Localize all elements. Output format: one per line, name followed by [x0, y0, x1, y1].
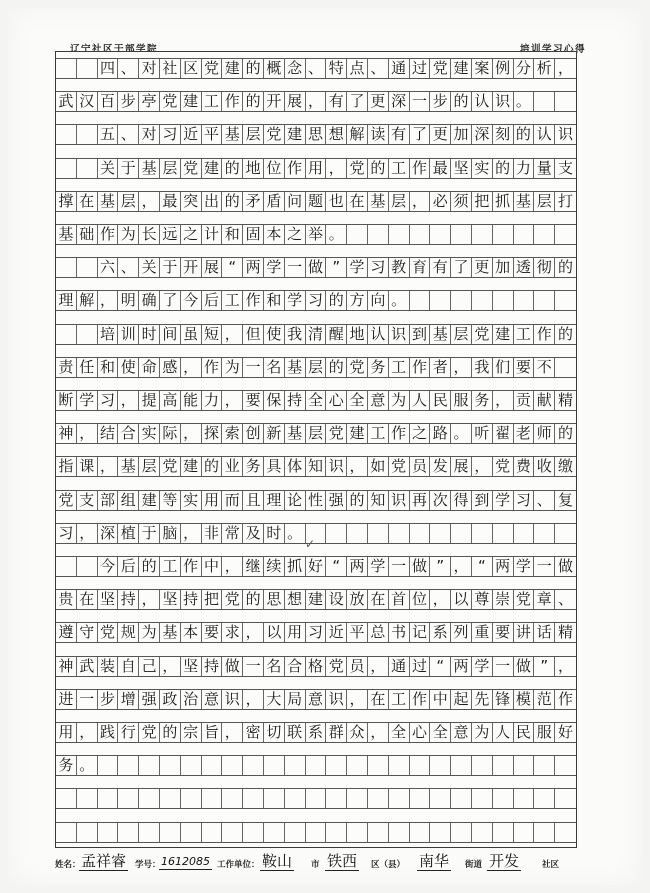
grid-cell: 过	[410, 657, 431, 676]
grid-row: 神武装自己，坚持做一名合格党员，通过“两学一做”，	[56, 656, 576, 677]
grid-cell: 服	[534, 723, 555, 742]
grid-cell	[410, 225, 431, 244]
grid-cell: 念	[285, 59, 306, 78]
grid-cell: 和	[222, 225, 243, 244]
grid-cell: 习	[368, 258, 389, 277]
grid-cell: 之	[410, 424, 431, 443]
grid-cell: 名	[264, 657, 285, 676]
grid-cell: “	[430, 657, 451, 676]
grid-cell: 践	[98, 723, 119, 742]
grid-cell: 务	[56, 756, 77, 775]
grid-cell	[534, 225, 555, 244]
grid-cell	[493, 789, 514, 808]
grid-cell: 基	[118, 457, 139, 476]
grid-cell	[264, 823, 285, 842]
grid-cell: 员	[410, 457, 431, 476]
grid-cell: 建	[202, 159, 223, 178]
grid-cell	[430, 524, 451, 543]
grid-cell: 醒	[326, 325, 347, 344]
grid-cell	[410, 756, 431, 775]
grid-cell: 用	[285, 623, 306, 642]
grid-cell: 和	[264, 291, 285, 310]
grid-cell: 命	[139, 358, 160, 377]
grid-cell	[56, 125, 77, 144]
grid-cell: 平	[202, 125, 223, 144]
grid-cell: 对	[139, 125, 160, 144]
grid-cell: 党	[56, 491, 77, 510]
grid-cell: 党	[389, 457, 410, 476]
grid-cell: 识	[222, 690, 243, 709]
grid-row: 贵在坚持，坚持把党的思想建设放在首位，以尊崇党章、	[56, 589, 576, 610]
grid-cell: 用	[56, 723, 77, 742]
grid-cell: 解	[77, 291, 98, 310]
grid-cell: 最	[430, 159, 451, 178]
grid-cell: 锋	[493, 690, 514, 709]
grid-row: 进一步增强政治意识，大局意识，在工作中起先锋模范作	[56, 689, 576, 710]
grid-cell: 宗	[181, 723, 202, 742]
grid-cell: 六	[98, 258, 119, 277]
grid-cell: 。	[326, 225, 347, 244]
student-id-label: 学号：	[135, 858, 161, 870]
grid-cell	[181, 789, 202, 808]
grid-cell: 合	[118, 424, 139, 443]
grid-cell: 党	[514, 590, 535, 609]
grid-cell: 意	[451, 723, 472, 742]
grid-cell	[264, 756, 285, 775]
grid-cell: 今	[98, 557, 119, 576]
grid-cell: 本	[181, 623, 202, 642]
grid-cell	[534, 92, 555, 111]
grid-cell	[534, 789, 555, 808]
grid-cell: 、	[534, 491, 555, 510]
district-label: 区（县）	[371, 858, 405, 870]
grid-cell: 党	[98, 623, 119, 642]
grid-cell: 精	[555, 623, 576, 642]
grid-cell: 今	[181, 291, 202, 310]
grid-cell: 植	[118, 524, 139, 543]
grid-cell: 于	[118, 159, 139, 178]
grid-cell: 到	[410, 325, 431, 344]
grid-cell: 展	[202, 258, 223, 277]
grid-cell: 、	[118, 59, 139, 78]
grid-cell	[56, 59, 77, 78]
grid-cell: 教	[389, 258, 410, 277]
grid-cell: 脑	[160, 524, 181, 543]
grid-cell: 清	[306, 325, 327, 344]
grid-cell: 举	[306, 225, 327, 244]
grid-cell: 深	[389, 92, 410, 111]
city-value: 鞍山	[260, 852, 294, 871]
grid-cell: 基	[368, 192, 389, 211]
grid-cell	[472, 789, 493, 808]
grid-cell: 。	[77, 756, 98, 775]
grid-row: 习，深植于脑，非常及时。	[56, 523, 576, 544]
grid-cell: 、	[555, 590, 576, 609]
grid-cell	[472, 823, 493, 842]
grid-cell: 书	[389, 623, 410, 642]
grid-cell: 识	[555, 125, 576, 144]
grid-cell	[264, 789, 285, 808]
grid-cell	[118, 756, 139, 775]
grid-cell: 规	[118, 623, 139, 642]
grid-cell: 党	[181, 159, 202, 178]
grid-cell	[77, 823, 98, 842]
grid-cell: ，	[472, 457, 493, 476]
grid-cell: 在	[77, 192, 98, 211]
grid-cell: 政	[160, 690, 181, 709]
grid-cell: 基	[56, 225, 77, 244]
grid-cell: 己	[139, 657, 160, 676]
grid-cell	[514, 823, 535, 842]
grid-cell: 了	[347, 92, 368, 111]
grid-cell	[56, 325, 77, 344]
grid-cell: 以	[264, 623, 285, 642]
grid-cell	[493, 756, 514, 775]
grid-cell	[514, 291, 535, 310]
grid-cell	[493, 225, 514, 244]
grid-cell: 更	[472, 258, 493, 277]
grid-cell: “	[326, 557, 347, 576]
grid-cell: 加	[493, 258, 514, 277]
grid-cell: 作	[202, 358, 223, 377]
grid-cell: 续	[264, 557, 285, 576]
grid-cell	[410, 524, 431, 543]
grid-cell: 密	[243, 723, 264, 742]
grid-cell: 题	[306, 192, 327, 211]
grid-cell: ”	[326, 258, 347, 277]
grid-cell	[160, 823, 181, 842]
grid-cell: 步	[430, 92, 451, 111]
grid-cell	[98, 756, 119, 775]
grid-cell: 要	[514, 358, 535, 377]
grid-cell: ，	[451, 557, 472, 576]
grid-cell: 关	[139, 258, 160, 277]
grid-cell: 两	[243, 258, 264, 277]
grid-cell	[451, 291, 472, 310]
grid-cell: 深	[98, 524, 119, 543]
grid-cell: 用	[306, 159, 327, 178]
grid-cell: 通	[389, 59, 410, 78]
grid-cell: 局	[285, 690, 306, 709]
grid-cell: 四	[98, 59, 119, 78]
grid-cell: 理	[56, 291, 77, 310]
grid-cell: “	[222, 258, 243, 277]
grid-cell: 例	[493, 59, 514, 78]
grid-cell: 展	[285, 92, 306, 111]
grid-cell: 建	[451, 59, 472, 78]
grid-cell: 党	[160, 92, 181, 111]
grid-cell: 出	[202, 192, 223, 211]
grid-cell: 持	[202, 657, 223, 676]
grid-cell	[493, 291, 514, 310]
grid-cell: 突	[181, 192, 202, 211]
grid-cell: 分	[514, 59, 535, 78]
grid-cell: 作	[410, 690, 431, 709]
grid-cell: 基	[222, 125, 243, 144]
grid-cell	[77, 125, 98, 144]
grid-cell: 组	[118, 491, 139, 510]
grid-cell: 明	[118, 291, 139, 310]
grid-cell: 如	[368, 457, 389, 476]
grid-cell: 作	[243, 291, 264, 310]
grid-cell: 识	[389, 491, 410, 510]
grid-cell: 工	[389, 358, 410, 377]
grid-row: 用，践行党的宗旨，密切联系群众，全心全意为人民服好	[56, 722, 576, 743]
grid-cell: 两	[347, 557, 368, 576]
grid-cell: 记	[410, 623, 431, 642]
grid-cell: ，	[243, 690, 264, 709]
grid-cell: 我	[472, 358, 493, 377]
grid-cell: 作	[410, 358, 431, 377]
grid-cell	[306, 789, 327, 808]
grid-cell: 党	[347, 358, 368, 377]
grid-cell: 名	[264, 358, 285, 377]
grid-cell: 心	[410, 723, 431, 742]
grid-cell: 知	[306, 457, 327, 476]
grid-cell: 全	[347, 391, 368, 410]
grid-cell: 远	[160, 225, 181, 244]
grid-cell	[555, 823, 576, 842]
grid-cell: 全	[306, 391, 327, 410]
grid-cell: 尊	[472, 590, 493, 609]
grid-cell	[222, 756, 243, 775]
grid-cell: 层	[306, 358, 327, 377]
grid-cell: 的	[139, 557, 160, 576]
street-value: 南华	[417, 852, 451, 871]
grid-cell: 思	[264, 590, 285, 609]
grid-cell: 之	[285, 225, 306, 244]
grid-cell: 抓	[493, 192, 514, 211]
grid-cell	[98, 789, 119, 808]
grid-cell: 更	[430, 125, 451, 144]
grid-cell: 好	[306, 557, 327, 576]
grid-cell: 刻	[493, 125, 514, 144]
grid-cell: 作	[555, 690, 576, 709]
grid-cell: 更	[368, 92, 389, 111]
grid-cell: 新	[264, 424, 285, 443]
community-value: 开发	[487, 852, 521, 871]
grid-cell	[77, 258, 98, 277]
grid-cell	[181, 823, 202, 842]
grid-cell: 学	[347, 258, 368, 277]
grid-cell	[534, 524, 555, 543]
grid-cell: 坚	[451, 159, 472, 178]
grid-cell: 格	[306, 657, 327, 676]
grid-cell: 首	[389, 590, 410, 609]
grid-cell: 的	[243, 590, 264, 609]
grid-cell	[514, 225, 535, 244]
grid-cell: 体	[285, 457, 306, 476]
grid-cell: 最	[160, 192, 181, 211]
grid-cell: 翟	[493, 424, 514, 443]
grid-cell: 保	[264, 391, 285, 410]
grid-cell	[222, 789, 243, 808]
grid-cell	[389, 756, 410, 775]
grid-cell: 案	[472, 59, 493, 78]
grid-cell: 问	[285, 192, 306, 211]
grid-cell	[160, 756, 181, 775]
grid-cell: 基	[285, 358, 306, 377]
grid-cell	[243, 756, 264, 775]
grid-cell: 人	[410, 391, 431, 410]
grid-cell: 认	[368, 325, 389, 344]
grid-cell: 建	[139, 491, 160, 510]
grid-cell	[514, 789, 535, 808]
grid-cell: 缴	[555, 457, 576, 476]
grid-cell	[368, 756, 389, 775]
grid-cell	[493, 823, 514, 842]
grid-cell: 性	[306, 491, 327, 510]
grid-cell: 讲	[514, 623, 535, 642]
grid-cell: 础	[77, 225, 98, 244]
grid-cell: 习	[160, 125, 181, 144]
grid-cell: 识	[326, 690, 347, 709]
grid-cell: 认	[472, 92, 493, 111]
grid-cell: 为	[222, 358, 243, 377]
grid-cell	[472, 756, 493, 775]
grid-cell	[139, 756, 160, 775]
grid-cell: 作	[410, 159, 431, 178]
grid-cell: 基	[139, 159, 160, 178]
grid-cell: ，	[222, 325, 243, 344]
grid-cell: ，	[555, 657, 576, 676]
grid-cell: 模	[514, 690, 535, 709]
grid-cell	[98, 823, 119, 842]
street-label: 街道	[465, 858, 482, 870]
grid-cell: 坚	[181, 657, 202, 676]
grid-cell: 的	[347, 491, 368, 510]
grid-cell: 党	[347, 159, 368, 178]
grid-cell: 继	[243, 557, 264, 576]
grid-cell: 课	[77, 457, 98, 476]
grid-cell: 大	[264, 690, 285, 709]
grid-cell	[389, 789, 410, 808]
grid-cell: 使	[264, 325, 285, 344]
grid-cell: 强	[139, 690, 160, 709]
grid-cell	[326, 789, 347, 808]
grid-row: 遵守党规为基本要求，以用习近平总书记系列重要讲话精	[56, 622, 576, 643]
grid-cell: 层	[139, 457, 160, 476]
grid-cell: ，	[368, 657, 389, 676]
grid-cell: 进	[56, 690, 77, 709]
grid-cell: 武	[56, 92, 77, 111]
grid-cell: 话	[534, 623, 555, 642]
grid-cell: 要	[243, 391, 264, 410]
grid-cell: 开	[264, 92, 285, 111]
grid-cell	[77, 159, 98, 178]
grid-cell: 工	[514, 325, 535, 344]
grid-cell: 但	[243, 325, 264, 344]
grid-cell: 学	[368, 557, 389, 576]
grid-cell: 关	[98, 159, 119, 178]
grid-cell	[389, 524, 410, 543]
grid-cell: 任	[77, 358, 98, 377]
grid-cell: 能	[181, 391, 202, 410]
grid-cell: ，	[243, 623, 264, 642]
name-label: 姓名：	[55, 858, 81, 870]
grid-cell: 学	[285, 291, 306, 310]
community-label: 社区	[542, 858, 559, 870]
grid-cell	[534, 823, 555, 842]
grid-cell: ，	[410, 192, 431, 211]
grid-cell: 非	[202, 524, 223, 543]
grid-cell: 学	[472, 657, 493, 676]
grid-cell: 时	[139, 325, 160, 344]
grid-cell: 听	[472, 424, 493, 443]
grid-cell: 一	[389, 557, 410, 576]
grid-cell: 总	[368, 623, 389, 642]
grid-cell: 增	[118, 690, 139, 709]
check-mark-icon: ✓	[305, 537, 315, 551]
grid-cell	[430, 823, 451, 842]
grid-cell: 一	[243, 657, 264, 676]
grid-cell: 习	[98, 391, 119, 410]
grid-cell: 索	[222, 424, 243, 443]
grid-cell: 指	[56, 457, 77, 476]
grid-cell: ，	[118, 391, 139, 410]
grid-cell: 层	[389, 192, 410, 211]
grid-cell: 为	[389, 391, 410, 410]
grid-cell: ，	[368, 723, 389, 742]
grid-cell: 基	[98, 192, 119, 211]
grid-cell: 党	[472, 325, 493, 344]
grid-cell	[555, 358, 576, 377]
grid-cell	[347, 789, 368, 808]
district-value: 铁西	[325, 852, 359, 871]
grid-cell: 开	[181, 258, 202, 277]
grid-cell	[285, 823, 306, 842]
grid-cell: 要	[493, 623, 514, 642]
grid-cell: 实	[181, 491, 202, 510]
grid-cell: 深	[472, 125, 493, 144]
grid-cell: 守	[77, 623, 98, 642]
grid-cell: 持	[118, 590, 139, 609]
grid-cell: 起	[451, 690, 472, 709]
grid-cell: 系	[430, 623, 451, 642]
grid-cell: 为	[472, 723, 493, 742]
grid-cell	[118, 823, 139, 842]
grid-row: 关于基层党建的地位作用，党的工作最坚实的力量支	[56, 158, 576, 179]
grid-row: 责任和使命感，作为一名基层的党务工作者，我们要不	[56, 357, 576, 378]
grid-cell: 间	[160, 325, 181, 344]
student-id-value: 1612085	[159, 855, 212, 870]
grid-cell: 。	[285, 524, 306, 543]
grid-cell	[222, 823, 243, 842]
grid-cell: ，	[493, 391, 514, 410]
grid-cell: 装	[98, 657, 119, 676]
grid-cell: 老	[514, 424, 535, 443]
grid-cell: 费	[514, 457, 535, 476]
grid-cell	[347, 524, 368, 543]
grid-cell: 党	[160, 457, 181, 476]
grid-cell: 建	[306, 590, 327, 609]
grid-cell: 做	[514, 657, 535, 676]
grid-cell: 习	[56, 524, 77, 543]
grid-cell	[368, 823, 389, 842]
grid-cell	[472, 225, 493, 244]
grid-cell: 论	[285, 491, 306, 510]
grid-cell	[160, 789, 181, 808]
grid-cell: 在	[77, 590, 98, 609]
grid-cell: 一	[285, 258, 306, 277]
grid-cell: ，	[347, 690, 368, 709]
grid-cell	[514, 756, 535, 775]
grid-cell: 的	[222, 159, 243, 178]
grid-cell: 层	[243, 125, 264, 144]
grid-cell: 得	[451, 491, 472, 510]
grid-cell	[139, 789, 160, 808]
grid-cell: 一	[534, 557, 555, 576]
